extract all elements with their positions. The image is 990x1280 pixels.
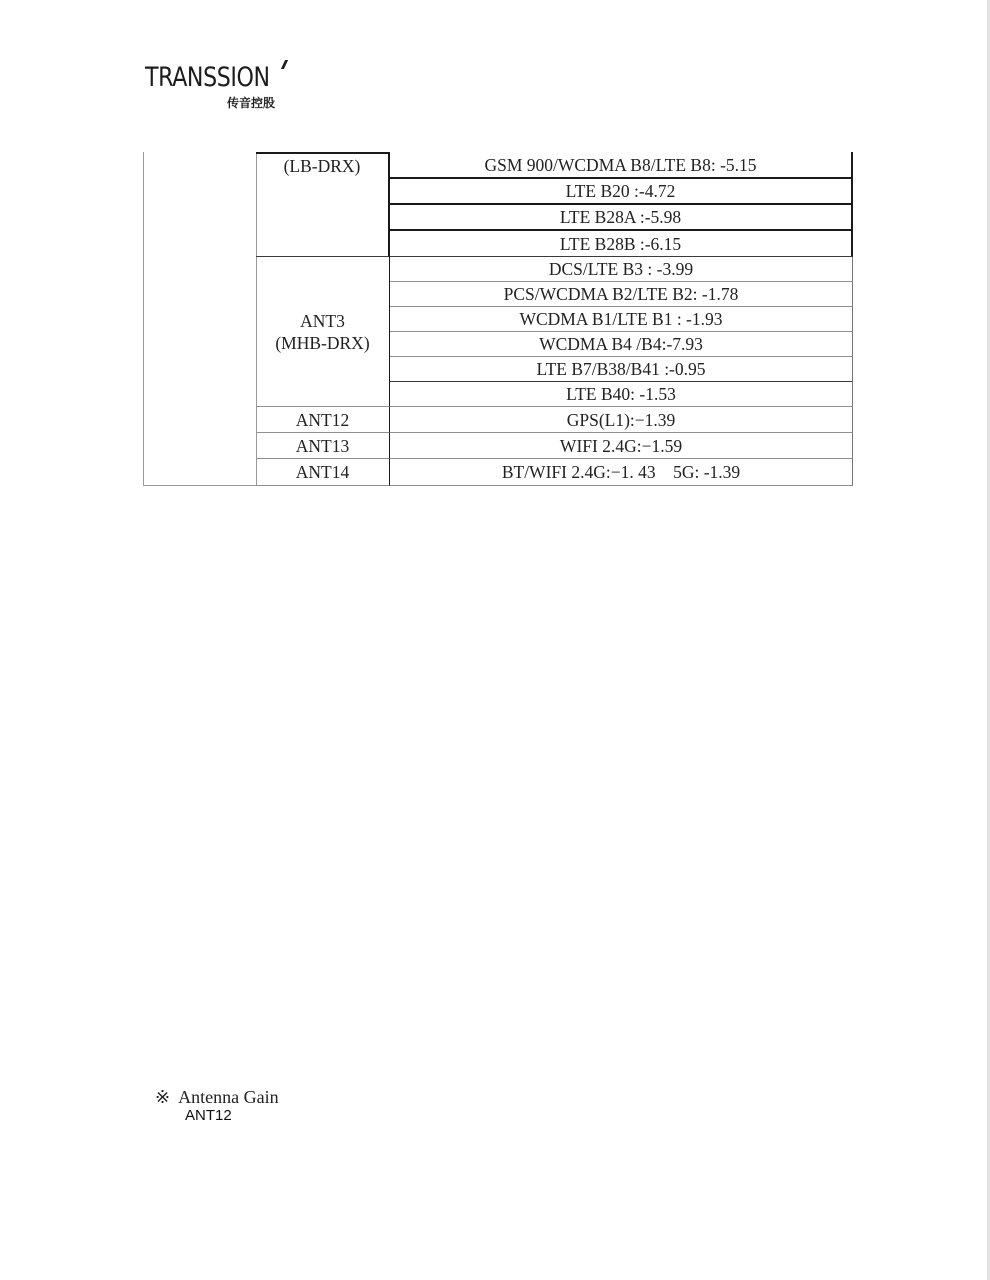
- reference-mark-icon: ※: [155, 1087, 170, 1107]
- logo-chinese-subtitle: 传音控股: [227, 94, 275, 111]
- table-row: GPS(L1):−1.39: [390, 407, 853, 433]
- section-heading: ※ Antenna Gain: [146, 1066, 279, 1108]
- table-row: LTE B28B :-6.15: [390, 231, 853, 257]
- logo-wordmark: TRANSSION: [145, 62, 270, 93]
- antenna-cell-ant12: ANT12: [256, 407, 390, 433]
- table-row: LTE B7/B38/B41 :-0.95: [390, 357, 853, 382]
- table-row: WCDMA B1/LTE B1 : -1.93: [390, 307, 853, 332]
- table-row: WCDMA B4 /B4:-7.93: [390, 332, 853, 357]
- antenna-cell-ant3-mhb-drx: ANT3 (MHB-DRX): [256, 257, 390, 407]
- table-merged-first-column: [143, 152, 257, 486]
- table-row: GSM 900/WCDMA B8/LTE B8: -5.15: [390, 152, 853, 179]
- table-row: PCS/WCDMA B2/LTE B2: -1.78: [390, 282, 853, 307]
- table-row: WIFI 2.4G:−1.59: [390, 433, 853, 459]
- antenna-cell-ant14: ANT14: [256, 459, 390, 486]
- antenna-cell-lb-drx: (LB-DRX): [256, 152, 390, 257]
- antenna-cell-ant13: ANT13: [256, 433, 390, 459]
- table-row: LTE B28A :-5.98: [390, 205, 853, 231]
- transsion-logo: TRANSSION 传音控股: [145, 60, 295, 115]
- section-subtitle: ANT12: [185, 1107, 232, 1124]
- table-row: LTE B40: -1.53: [390, 382, 853, 407]
- table-row: DCS/LTE B3 : -3.99: [390, 257, 853, 282]
- table-row: BT/WIFI 2.4G:−1. 43 5G: -1.39: [390, 459, 853, 486]
- section-title: Antenna Gain: [178, 1087, 278, 1107]
- table-row: LTE B20 :-4.72: [390, 179, 853, 205]
- logo-accent-mark: [281, 60, 288, 69]
